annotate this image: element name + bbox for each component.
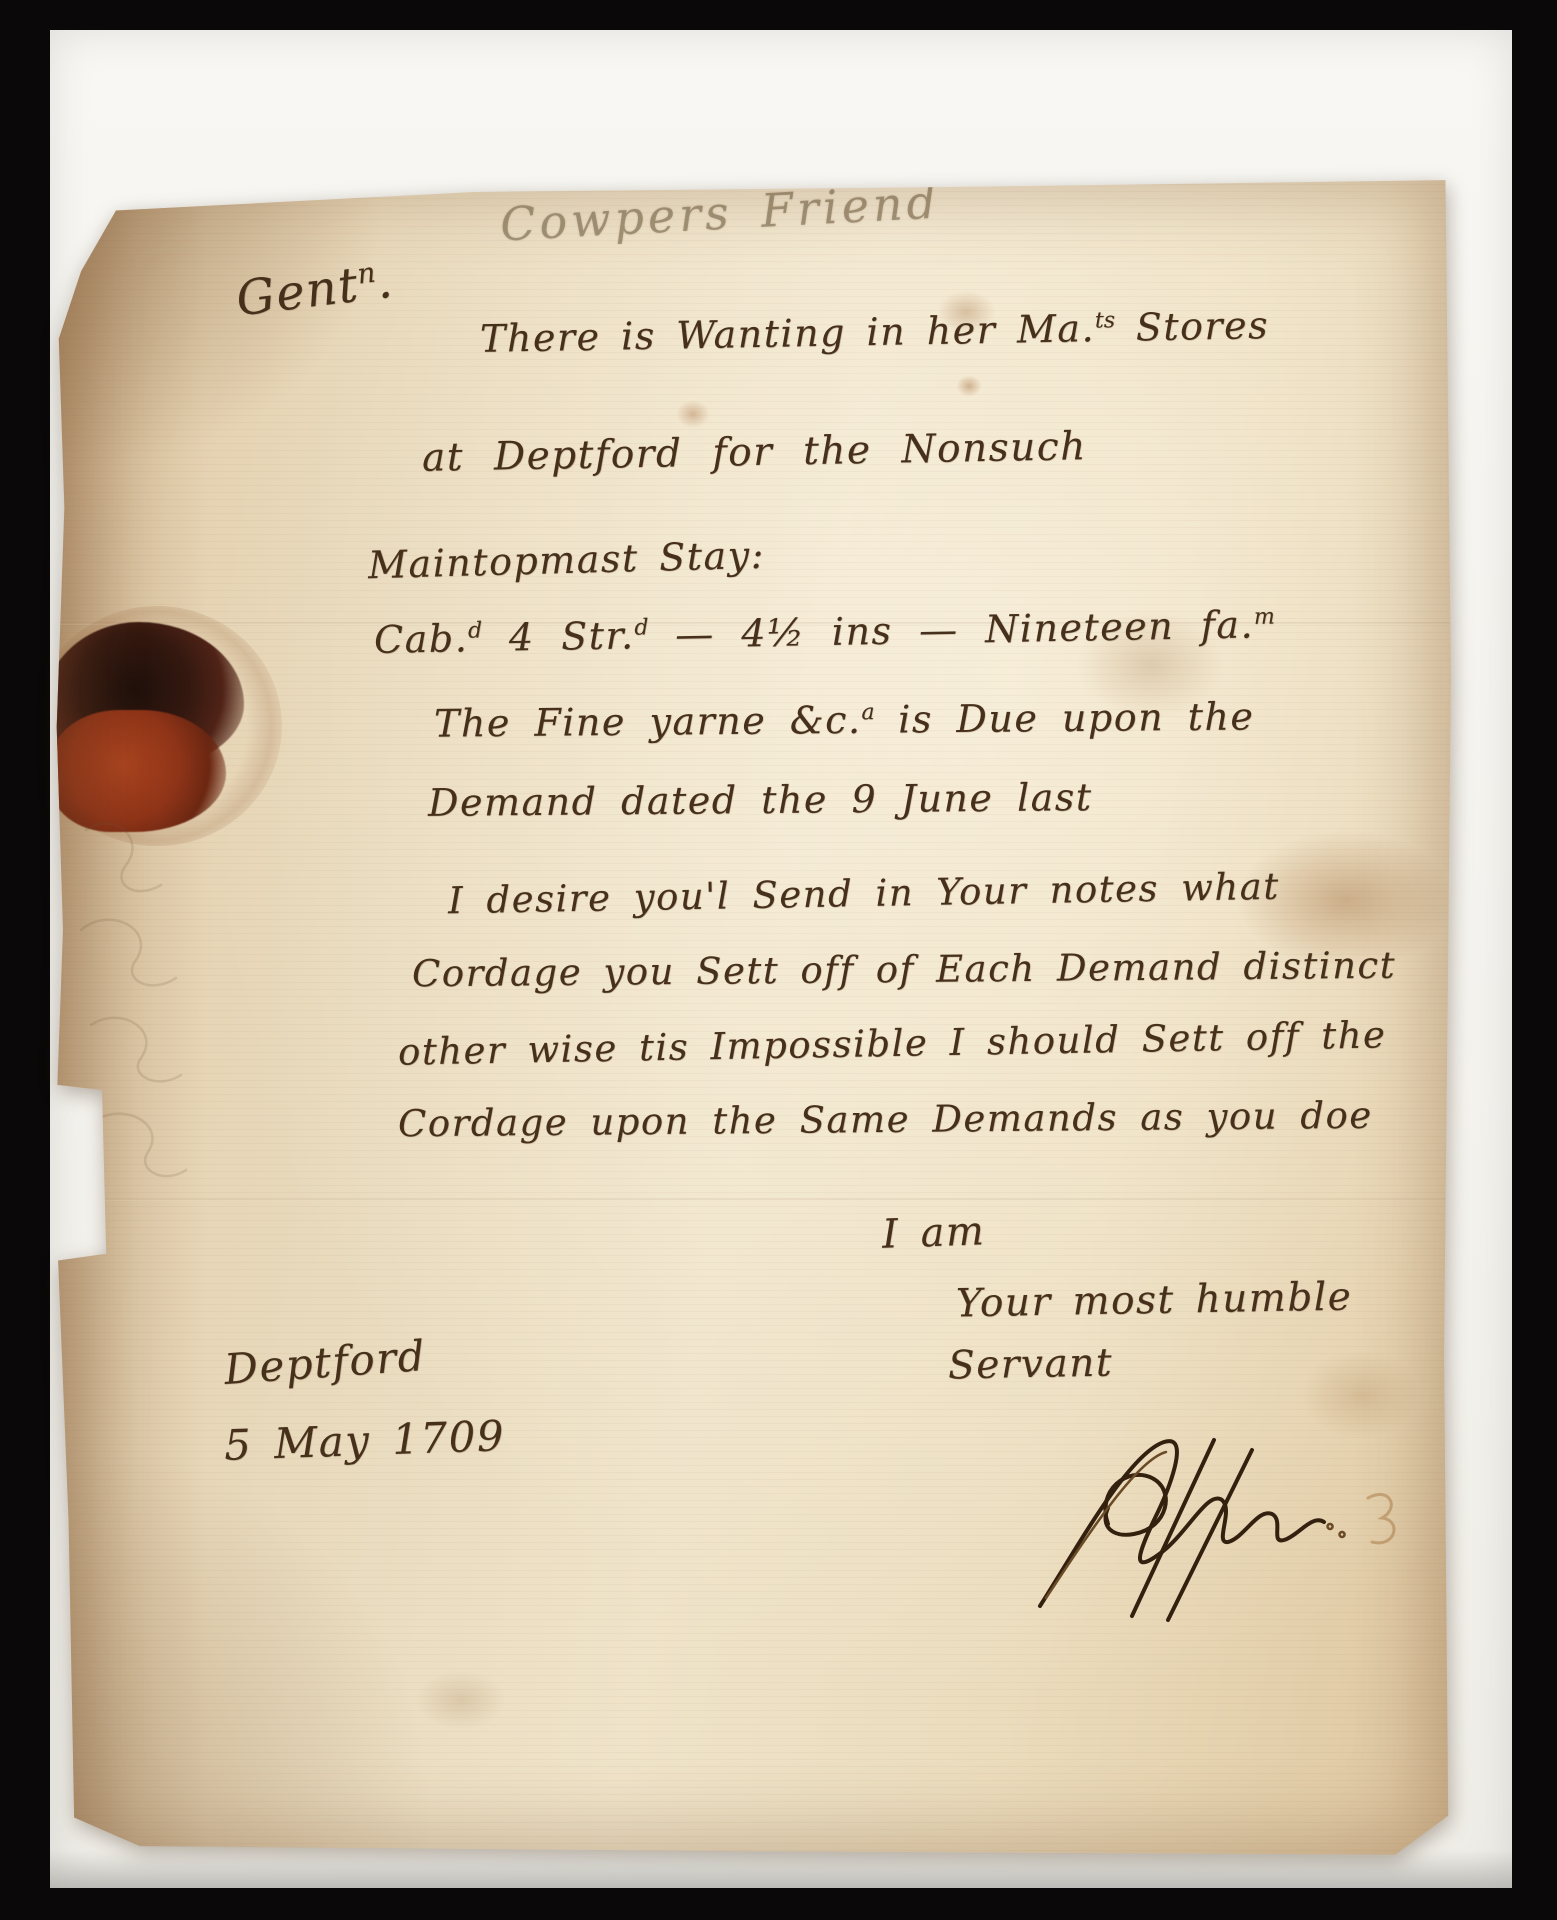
paper-edge-vignette [56,170,1451,1858]
letter-paper: Cowpers Friend Gentn. There is Wanting i… [56,170,1451,1858]
photograph-of-letter: Cowpers Friend Gentn. There is Wanting i… [0,0,1557,1920]
letter-paper-wrap: Cowpers Friend Gentn. There is Wanting i… [56,170,1451,1858]
